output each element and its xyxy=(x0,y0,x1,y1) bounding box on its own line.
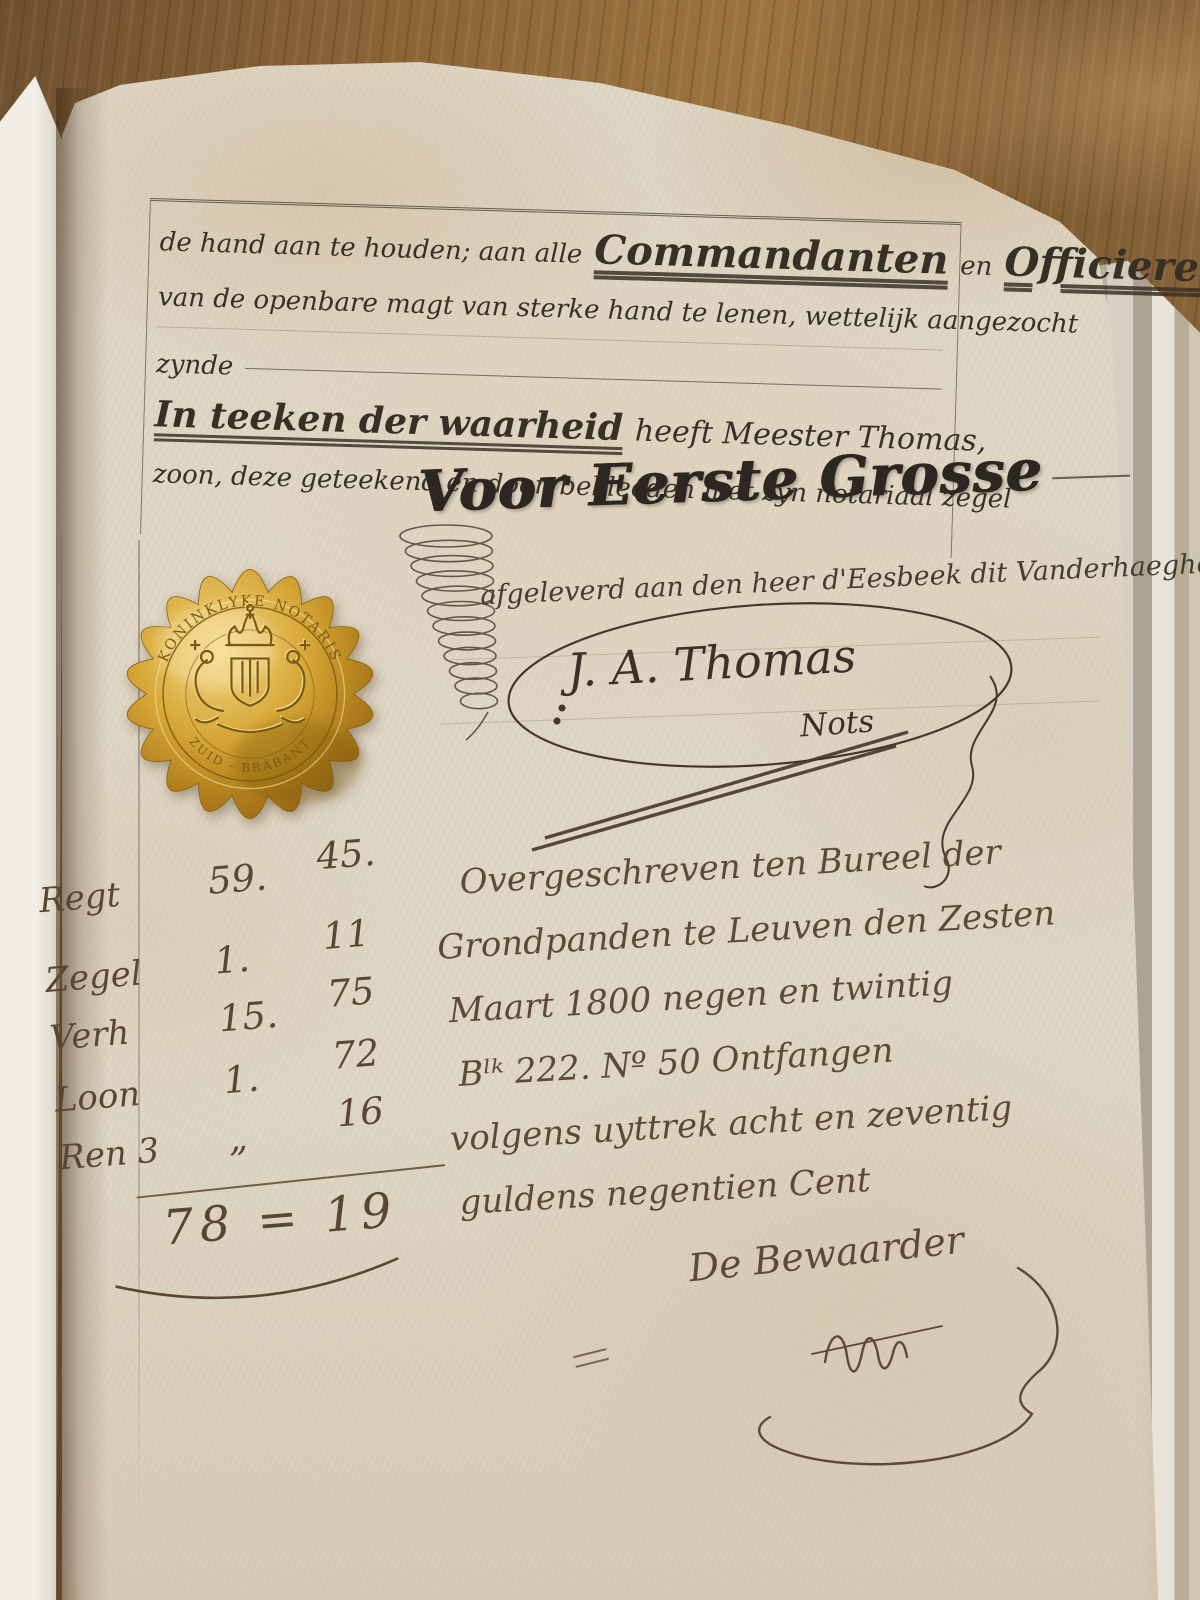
fee-label: Zegel xyxy=(44,953,143,1000)
fees-total: 78 = 19 xyxy=(161,1182,400,1256)
clause-line-3: zynde xyxy=(156,349,943,402)
facing-page-edge xyxy=(0,76,64,1600)
clause-line-1-text: de hand aan te houden; aan alle xyxy=(159,227,582,270)
ink-rule xyxy=(1052,475,1130,480)
fee-label: Verh xyxy=(48,1013,131,1059)
photo-of-notarial-deed: de hand aan te houden; aan alle Commanda… xyxy=(0,0,1200,1600)
fee-label: Loon xyxy=(53,1074,141,1121)
signature-slash-1 xyxy=(545,732,908,838)
fee-guilders: 15. xyxy=(217,993,279,1040)
fee-row: Regt 59. 45. xyxy=(30,848,463,942)
fee-label: Regt xyxy=(38,875,122,921)
fee-cents: 11 xyxy=(321,911,371,958)
notarial-seal: KONINKLYKE NOTARIS ZUID - BRABANT xyxy=(98,542,402,846)
paraph-sweep xyxy=(759,1414,1032,1464)
paraph-bracket xyxy=(1018,1268,1057,1414)
clause-word-officieren: Officieren xyxy=(1004,238,1200,292)
fee-guilders: „ xyxy=(227,1116,249,1160)
clause-in-teeken: In teeken der waarheid xyxy=(154,393,624,449)
fee-label: Ren 3 xyxy=(58,1131,161,1179)
fee-cents: 72 xyxy=(330,1031,380,1078)
gold-seal-icon: KONINKLYKE NOTARIS ZUID - BRABANT xyxy=(98,542,402,846)
fee-guilders: 1. xyxy=(222,1057,261,1103)
fee-cents: 16 xyxy=(335,1089,385,1136)
clause-word-commandanten: Commandanten xyxy=(594,226,949,283)
fee-guilders: 59. xyxy=(206,855,268,902)
clause-line-2: van de openbare magt van sterke hand te … xyxy=(157,282,944,350)
ink-rule xyxy=(245,368,942,390)
keeper-signature-paraph xyxy=(630,1262,1130,1492)
fee-cents: 75 xyxy=(326,969,376,1016)
fee-cents: 45. xyxy=(315,831,377,878)
fees-table: Regt 59. 45. Zegel 1. 11 Verh 15. 75 Loo… xyxy=(28,828,502,1440)
clause-word-zynde: zynde xyxy=(156,349,234,381)
notary-signature-qualifier: Nots xyxy=(799,703,875,744)
clause-line-1: de hand aan te houden; aan alle Commanda… xyxy=(159,213,946,283)
clause-line-1-mid: en xyxy=(960,251,993,282)
total-underline-flourish xyxy=(106,1246,410,1329)
registration-note: Overgeschreven ten Bureel der Grondpande… xyxy=(432,813,1152,1235)
fee-guilders: 1. xyxy=(213,937,252,983)
